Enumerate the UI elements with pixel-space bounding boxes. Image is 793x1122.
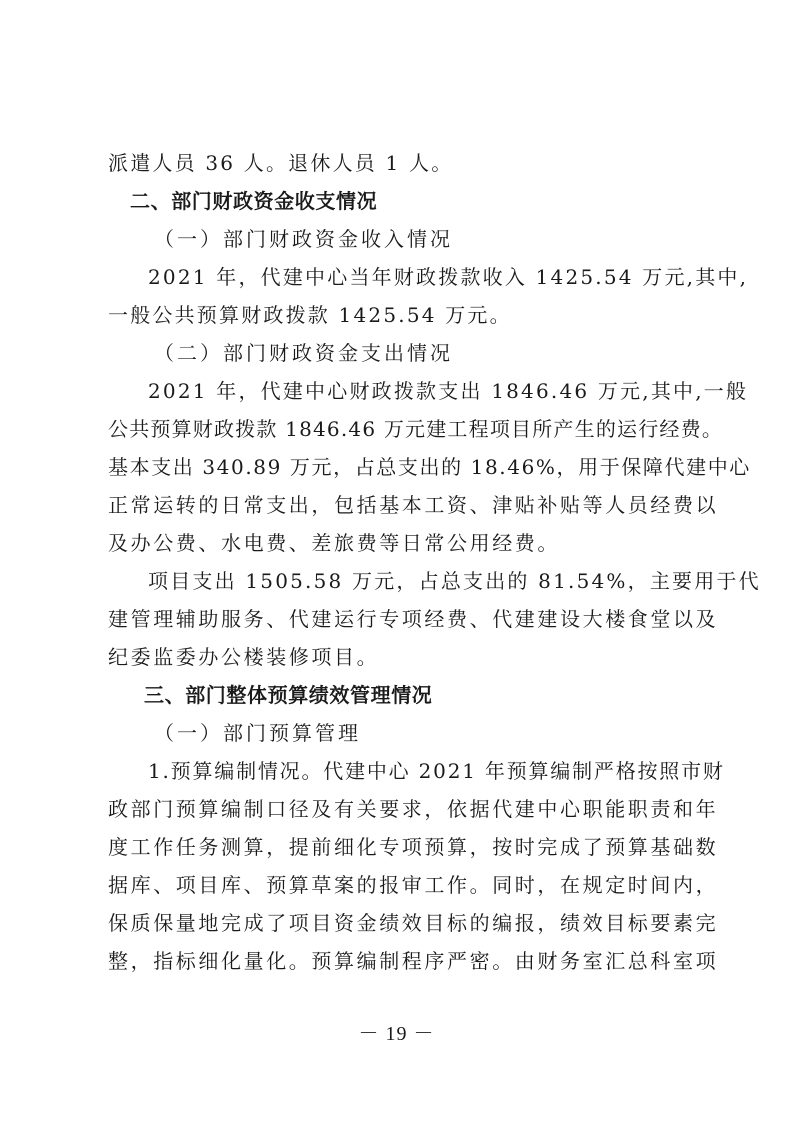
body-line: 据库、项目库、预算草案的报审工作。同时，在规定时间内， [108,873,688,897]
body-line: 公共预算财政拨款 1846.46 万元建工程项目所产生的运行经费。 [108,417,688,441]
body-line: 纪委监委办公楼装修项目。 [108,645,688,669]
body-line: 正常运转的日常支出，包括基本工资、津贴补贴等人员经费以 [108,493,688,517]
subsection-heading: （一）部门财政资金收入情况 [154,227,734,251]
paragraph-first-line: 2021 年，代建中心财政拨款支出 1846.46 万元,其中,一般 [148,379,728,403]
paragraph-first-line: 1.预算编制情况。代建中心 2021 年预算编制严格按照市财 [148,759,728,783]
body-line: 建管理辅助服务、代建运行专项经费、代建建设大楼食堂以及 [108,607,688,631]
body-line: 政部门预算编制口径及有关要求，依据代建中心职能职责和年 [108,797,688,821]
subsection-heading: （二）部门财政资金支出情况 [154,341,734,365]
paragraph-first-line: 项目支出 1505.58 万元，占总支出的 81.54%，主要用于代 [148,569,728,593]
body-line: 度工作任务测算，提前细化专项预算，按时完成了预算基础数 [108,835,688,859]
body-line: 保质保量地完成了项目资金绩效目标的编报，绩效目标要素完 [108,911,688,935]
document-page: 派遣人员 36 人。退休人员 1 人。 二、部门财政资金收支情况 （一）部门财政… [0,0,793,1122]
page-number: － 19 － [0,1017,793,1046]
section-heading: 三、部门整体预算绩效管理情况 [144,683,724,707]
section-heading: 二、部门财政资金收支情况 [130,189,710,213]
body-line: 及办公费、水电费、差旅费等日常公用经费。 [108,531,688,555]
body-line: 整，指标细化量化。预算编制程序严密。由财务室汇总科室项 [108,949,688,973]
body-line: 一般公共预算财政拨款 1425.54 万元。 [108,303,688,327]
body-line: 派遣人员 36 人。退休人员 1 人。 [108,151,688,175]
paragraph-first-line: 2021 年，代建中心当年财政拨款收入 1425.54 万元,其中, [148,265,728,289]
body-line: 基本支出 340.89 万元，占总支出的 18.46%，用于保障代建中心 [108,455,688,479]
subsection-heading: （一）部门预算管理 [154,721,734,745]
